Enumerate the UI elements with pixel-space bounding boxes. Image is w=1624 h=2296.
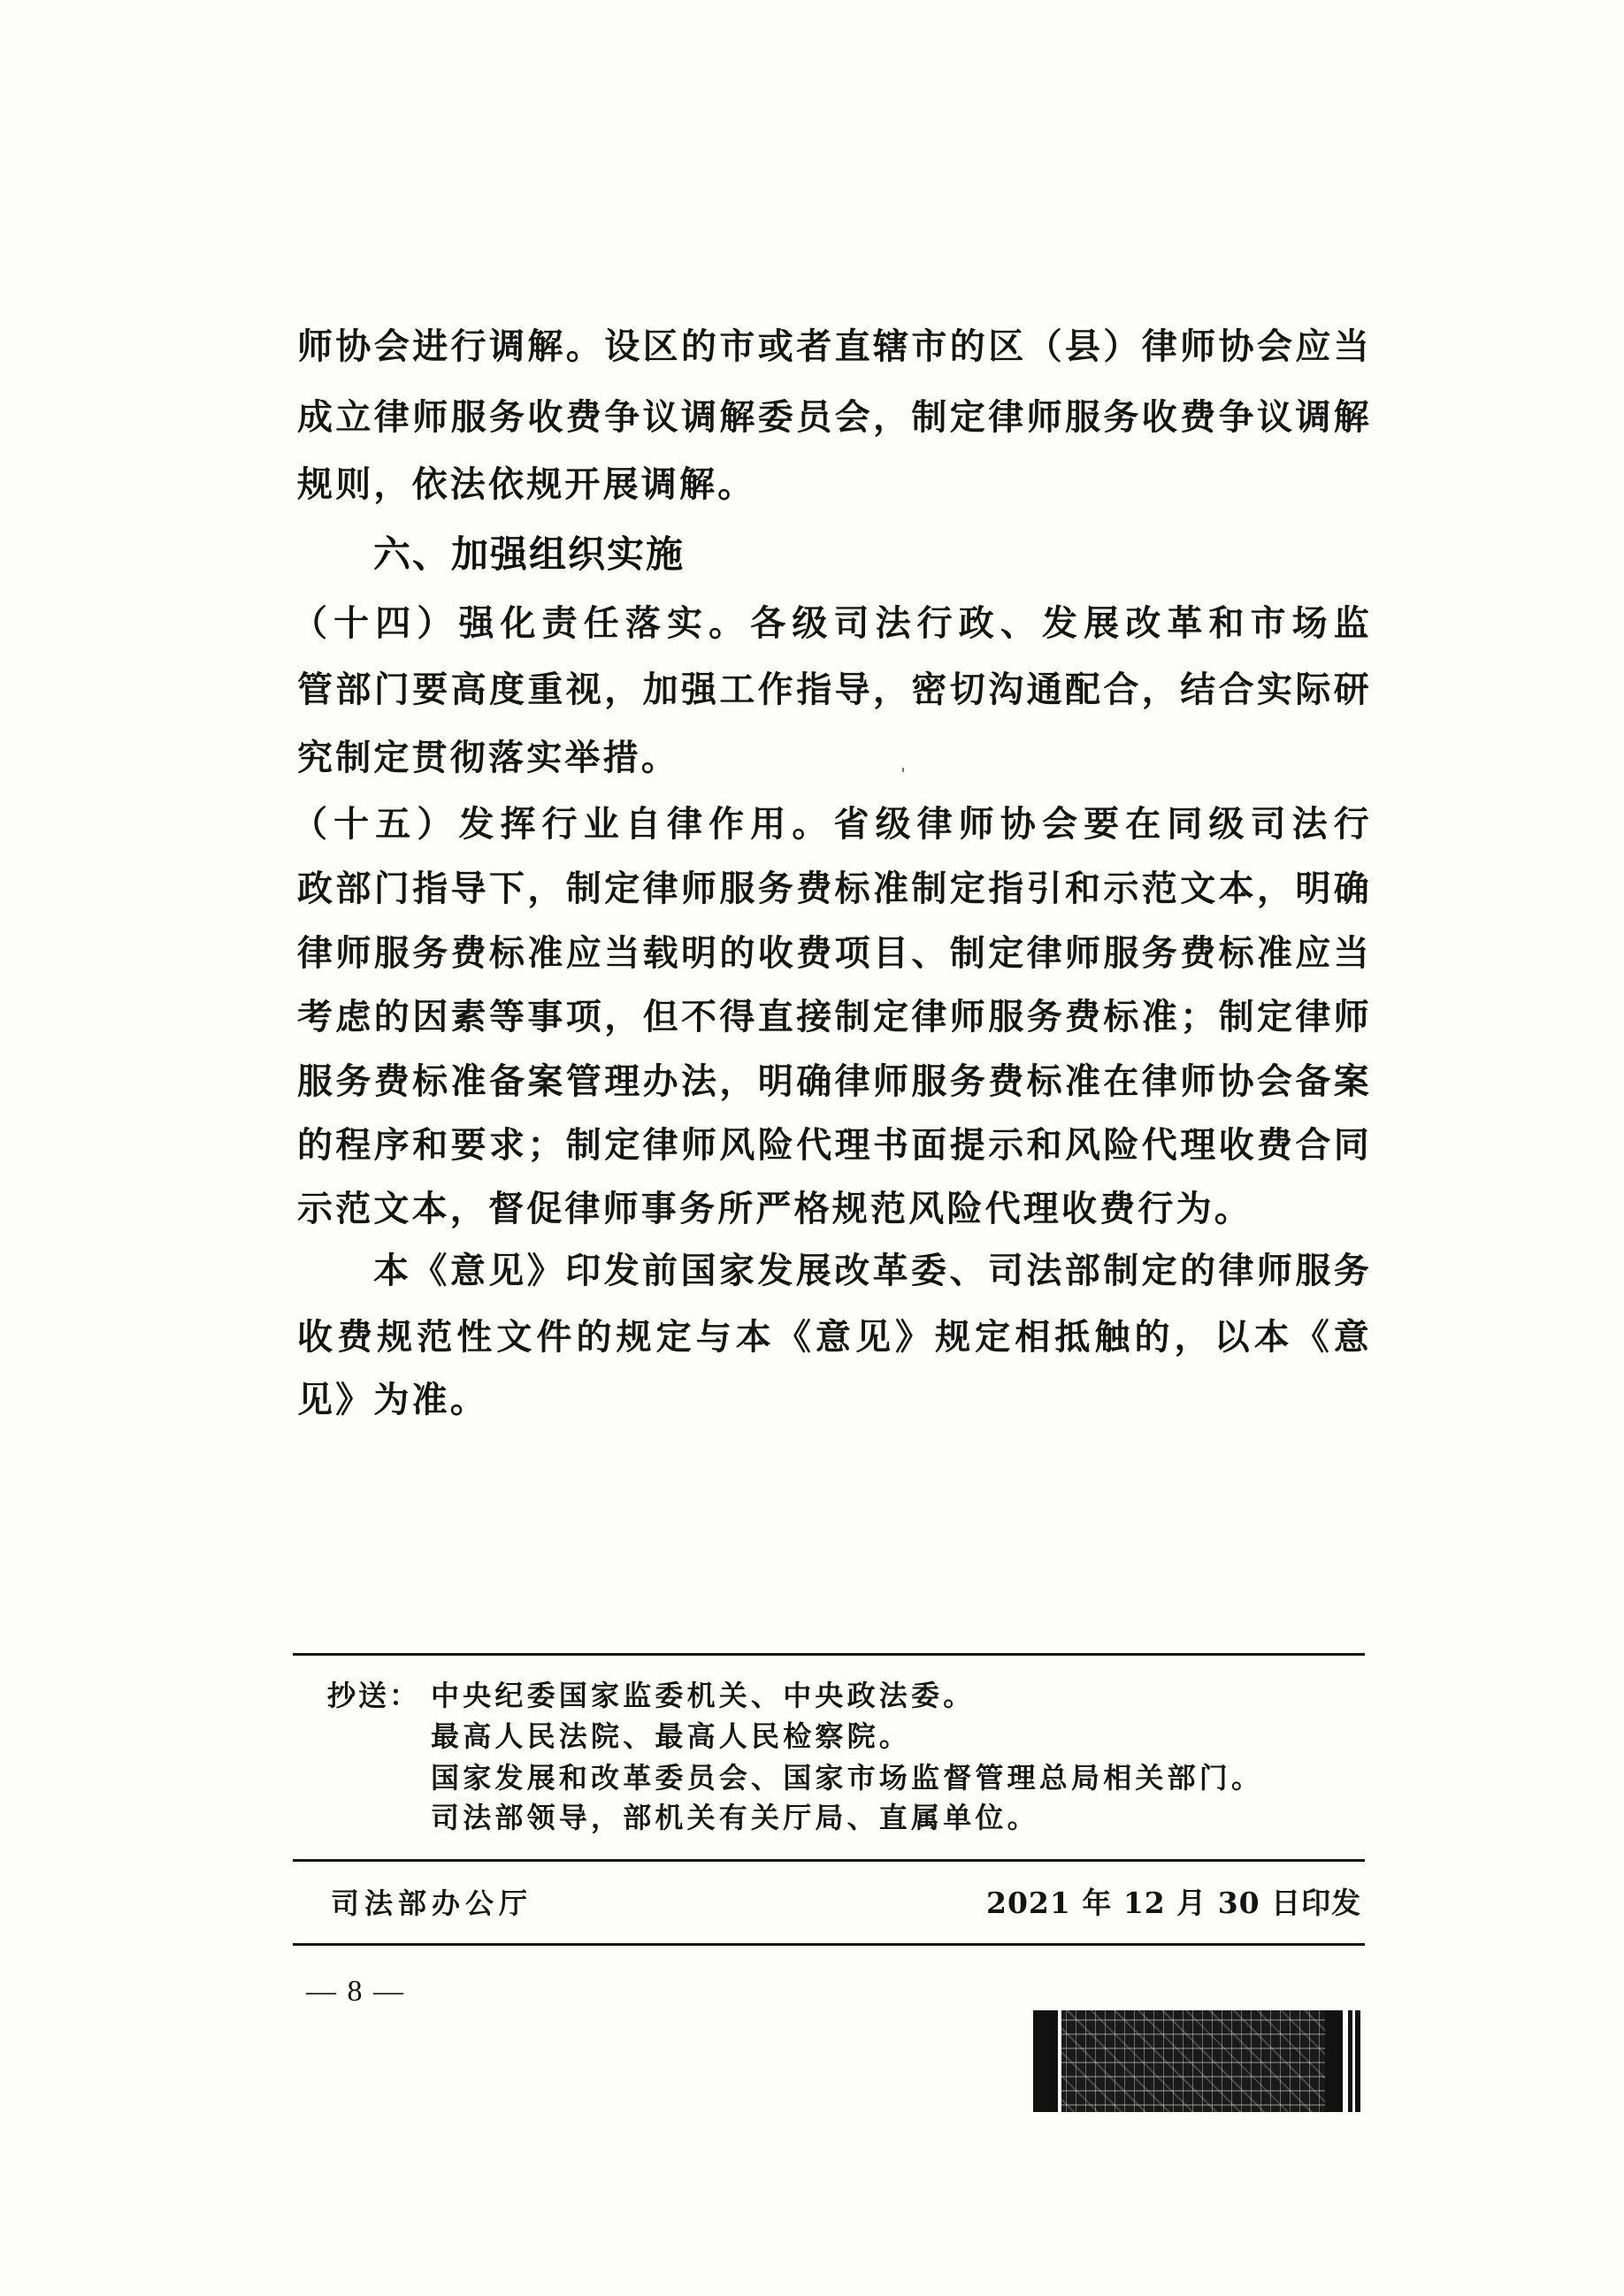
body-line: 规则，依法依规开展调解。	[297, 458, 1372, 511]
issue-date: 2021 年 12 月 30 日印发	[986, 1884, 1361, 1923]
body-line: 师协会进行调解。设区的市或者直辖市的区（县）律师协会应当	[297, 320, 1372, 373]
page-number: — 8 —	[306, 1972, 405, 2011]
body-line: 的程序和要求；制定律师风险代理书面提示和风险代理收费合同	[297, 1119, 1372, 1172]
body-line: 收费规范性文件的规定与本《意见》规定相抵触的，以本《意	[297, 1311, 1372, 1364]
scan-speck	[902, 768, 904, 772]
footer-bottom-rule	[293, 1943, 1365, 1946]
cc-recipient: 司法部领导，部机关有关厅局、直属单位。	[431, 1798, 1039, 1837]
document-page: 师协会进行调解。设区的市或者直辖市的区（县）律师协会应当 成立律师服务收费争议调…	[0, 0, 1624, 2296]
body-line: 究制定贯彻落实举措。	[297, 731, 1372, 784]
body-line: 律师服务费标准应当载明的收费项目、制定律师服务费标准应当	[297, 927, 1372, 980]
body-line: 成立律师服务收费争议调解委员会，制定律师服务收费争议调解	[297, 391, 1372, 444]
body-line: 管部门要高度重视，加强工作指导，密切沟通配合，结合实际研	[297, 663, 1372, 716]
body-line: （十四）强化责任落实。各级司法行政、发展改革和市场监	[292, 597, 1372, 650]
issuing-office: 司法部办公厅	[331, 1884, 532, 1923]
cc-recipient: 中央纪委国家监委机关、中央政法委。	[431, 1676, 975, 1715]
barcode-stop-bar	[1325, 2010, 1343, 2112]
cc-recipient: 最高人民法院、最高人民检察院。	[431, 1717, 911, 1756]
body-line: 见》为准。	[297, 1374, 1372, 1427]
body-line: 本《意见》印发前国家发展改革委、司法部制定的律师服务	[373, 1244, 1372, 1297]
barcode-thin-bar	[1355, 2010, 1360, 2112]
cc-label: 抄送：	[327, 1676, 420, 1715]
body-line: 服务费标准备案管理办法，明确律师服务费标准在律师协会备案	[297, 1055, 1372, 1108]
barcode-data-area	[1061, 2010, 1325, 2112]
body-line: 政部门指导下，制定律师服务费标准制定指引和示范文本，明确	[297, 862, 1372, 915]
barcode-start-bar	[1033, 2010, 1058, 2112]
barcode-icon	[1033, 2010, 1362, 2112]
body-line: 考虑的因素等事项，但不得直接制定律师服务费标准；制定律师	[297, 991, 1372, 1044]
body-line: 示范文本，督促律师事务所严格规范风险代理收费行为。	[297, 1182, 1372, 1236]
cc-recipient: 国家发展和改革委员会、国家市场监督管理总局相关部门。	[431, 1758, 1263, 1797]
footer-middle-rule	[293, 1859, 1365, 1862]
footer-top-rule	[293, 1653, 1365, 1656]
section-heading: 六、加强组织实施	[373, 528, 685, 581]
body-line: （十五）发挥行业自律作用。省级律师协会要在同级司法行	[292, 798, 1372, 851]
